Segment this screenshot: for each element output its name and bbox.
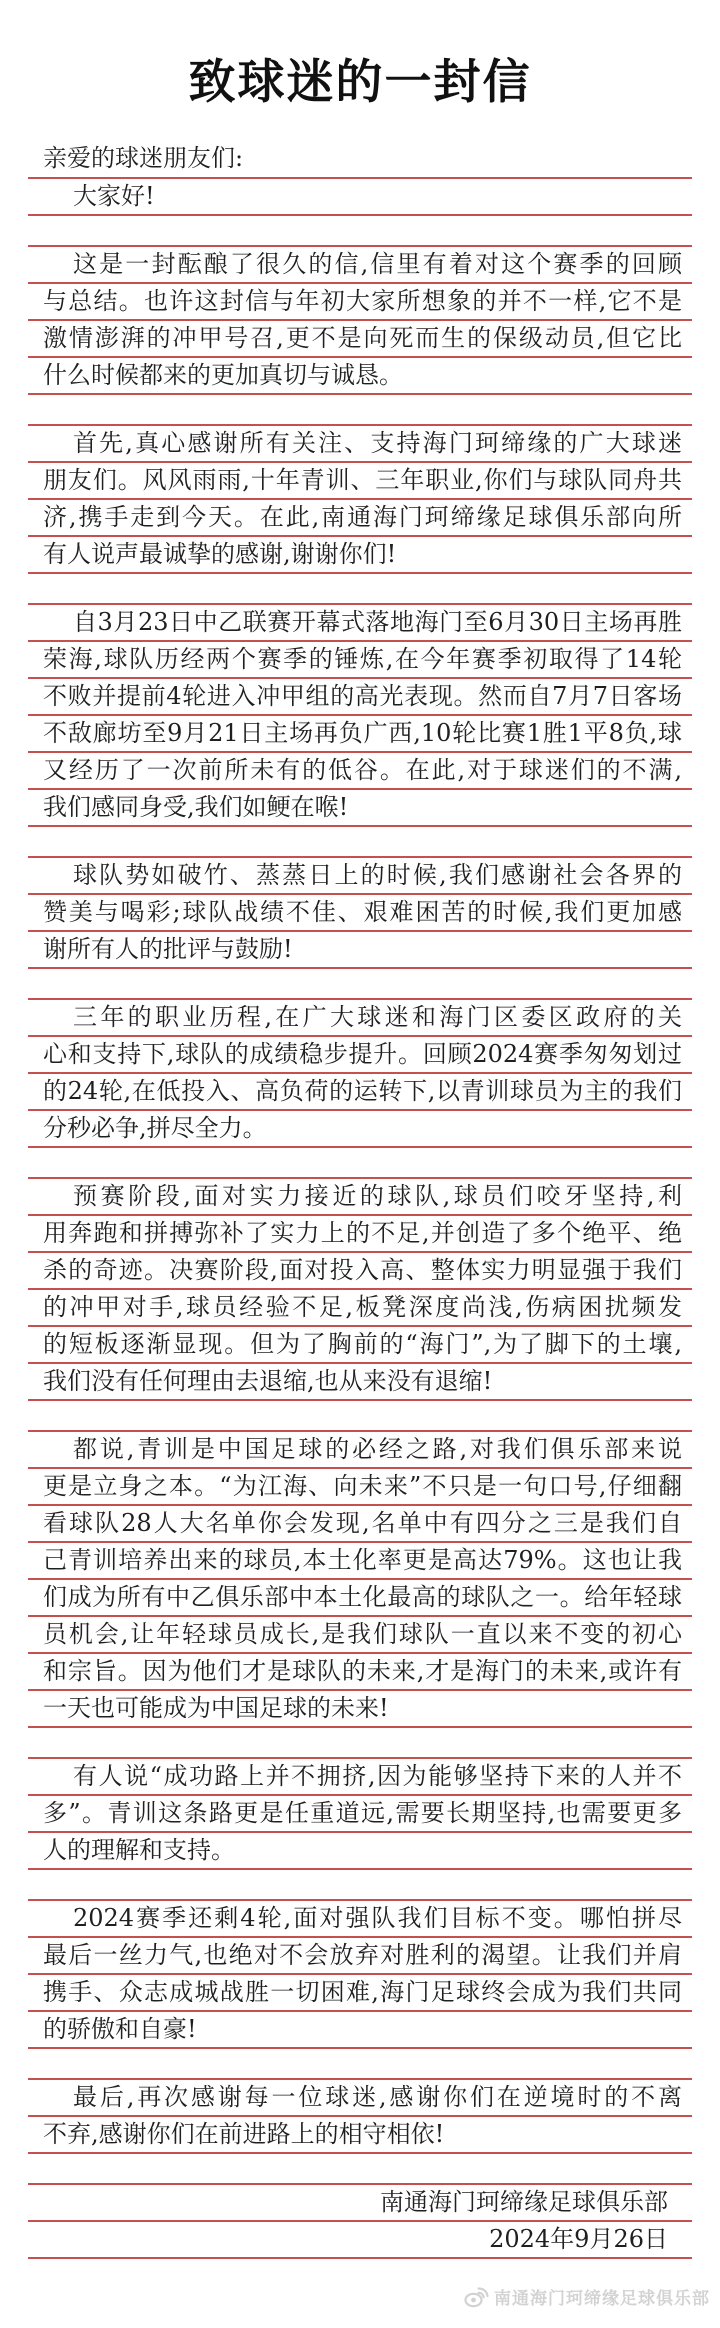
letter-line: 什么时候都来的更加真切与诚恳。 [28,358,692,395]
letter-line: 预赛阶段,面对实力接近的球队,球员们咬牙坚持,利 [28,1179,692,1216]
letter-line: 球队势如破竹、蒸蒸日上的时候,我们感谢社会各界的 [28,858,692,895]
letter-line: 分秒必争,拼尽全力。 [28,1111,692,1148]
page-title: 致球迷的一封信 [0,0,720,116]
ruled-empty-row [28,827,692,858]
letter-line: 更是立身之本。“为江海、向未来”不只是一句口号,仔细翻 [28,1469,692,1506]
letter-line: 激情澎湃的冲甲号召,更不是向死而生的保级动员,但它比 [28,321,692,358]
letter-line: 的短板逐渐显现。但为了胸前的“海门”,为了脚下的土壤, [28,1327,692,1364]
letter-line: 己青训培养出来的球员,本土化率更是高达79%。这也让我 [28,1543,692,1580]
letter-line: 赞美与喝彩;球队战绩不佳、艰难困苦的时候,我们更加感 [28,895,692,932]
ruled-empty-row [28,969,692,1000]
ruled-empty-row [28,1148,692,1179]
watermark-text: 南通海门珂缔缘足球俱乐部 [494,2284,710,2309]
letter-line: 一天也可能成为中国足球的未来! [28,1691,692,1728]
letter-line: 不弃,感谢你们在前进路上的相守相依! [28,2117,692,2154]
letter-line: 济,携手走到今天。在此,南通海门珂缔缘足球俱乐部向所 [28,500,692,537]
letter-body: 亲爱的球迷朋友们:大家好!这是一封酝酿了很久的信,信里有着对这个赛季的回顾与总结… [28,136,692,2259]
letter-line: 人的理解和支持。 [28,1833,692,1870]
letter-line: 杀的奇迹。决赛阶段,面对投入高、整体实力明显强于我们 [28,1253,692,1290]
ruled-empty-row [28,395,692,426]
letter-line: 不敌廊坊至9月21日主场再负广西,10轮比赛1胜1平8负,球队 [28,716,692,753]
ruled-empty-row [28,574,692,605]
letter-line: 用奔跑和拼搏弥补了实力上的不足,并创造了多个绝平、绝 [28,1216,692,1253]
ruled-empty-row [28,1870,692,1901]
watermark: 南通海门珂缔缘足球俱乐部 [463,2284,710,2309]
salutation: 亲爱的球迷朋友们: [28,136,692,179]
letter-line: 有人说声最诚挚的感谢,谢谢你们! [28,537,692,574]
letter-line: 谢所有人的批评与鼓励! [28,932,692,969]
letter-line: 的骄傲和自豪! [28,2012,692,2049]
ruled-empty-row [28,216,692,247]
letter-line: 这是一封酝酿了很久的信,信里有着对这个赛季的回顾 [28,247,692,284]
letter-line: 三年的职业历程,在广大球迷和海门区委区政府的关 [28,1000,692,1037]
letter-line: 最后一丝力气,也绝对不会放弃对胜利的渴望。让我们并肩 [28,1938,692,1975]
ruled-empty-row [28,1728,692,1759]
letter-line: 多”。青训这条路更是任重道远,需要长期坚持,也需要更多 [28,1796,692,1833]
letter-line: 大家好! [28,179,692,216]
letter-line: 携手、众志成城战胜一切困难,海门足球终会成为我们共同 [28,1975,692,2012]
letter-line: 们成为所有中乙俱乐部中本土化最高的球队之一。给年轻球 [28,1580,692,1617]
letter-line: 最后,再次感谢每一位球迷,感谢你们在逆境时的不离 [28,2080,692,2117]
letter-line: 心和支持下,球队的成绩稳步提升。回顾2024赛季匆匆划过 [28,1037,692,1074]
letter-line: 都说,青训是中国足球的必经之路,对我们俱乐部来说 [28,1432,692,1469]
letter-line: 我们感同身受,我们如鲠在喉! [28,790,692,827]
letter-line: 和宗旨。因为他们才是球队的未来,才是海门的未来,或许有 [28,1654,692,1691]
ruled-empty-row [28,2049,692,2080]
ruled-empty-row [28,1401,692,1432]
letter-line: 不败并提前4轮进入冲甲组的高光表现。然而自7月7日客场 [28,679,692,716]
letter-line: 2024赛季还剩4轮,面对强队我们目标不变。哪怕拼尽 [28,1901,692,1938]
weibo-icon [463,2286,489,2308]
letter-line: 有人说“成功路上并不拥挤,因为能够坚持下来的人并不 [28,1759,692,1796]
signature-line: 南通海门珂缔缘足球俱乐部 [28,2185,692,2222]
letter-line: 看球队28人大名单你会发现,名单中有四分之三是我们自 [28,1506,692,1543]
letter-line: 首先,真心感谢所有关注、支持海门珂缔缘的广大球迷 [28,426,692,463]
letter-page: 致球迷的一封信 亲爱的球迷朋友们:大家好!这是一封酝酿了很久的信,信里有着对这个… [0,0,720,2328]
letter-line: 的冲甲对手,球员经验不足,板凳深度尚浅,伤病困扰频发 [28,1290,692,1327]
letter-line: 朋友们。风风雨雨,十年青训、三年职业,你们与球队同舟共 [28,463,692,500]
letter-line: 又经历了一次前所未有的低谷。在此,对于球迷们的不满, [28,753,692,790]
letter-line: 员机会,让年轻球员成长,是我们球队一直以来不变的初心 [28,1617,692,1654]
ruled-empty-row [28,2154,692,2185]
letter-line: 我们没有任何理由去退缩,也从来没有退缩! [28,1364,692,1401]
letter-line: 荣海,球队历经两个赛季的锤炼,在今年赛季初取得了14轮 [28,642,692,679]
letter-line: 自3月23日中乙联赛开幕式落地海门至6月30日主场再胜 [28,605,692,642]
letter-line: 与总结。也许这封信与年初大家所想象的并不一样,它不是 [28,284,692,321]
signature-line: 2024年9月26日 [28,2222,692,2259]
letter-line: 的24轮,在低投入、高负荷的运转下,以青训球员为主的我们 [28,1074,692,1111]
